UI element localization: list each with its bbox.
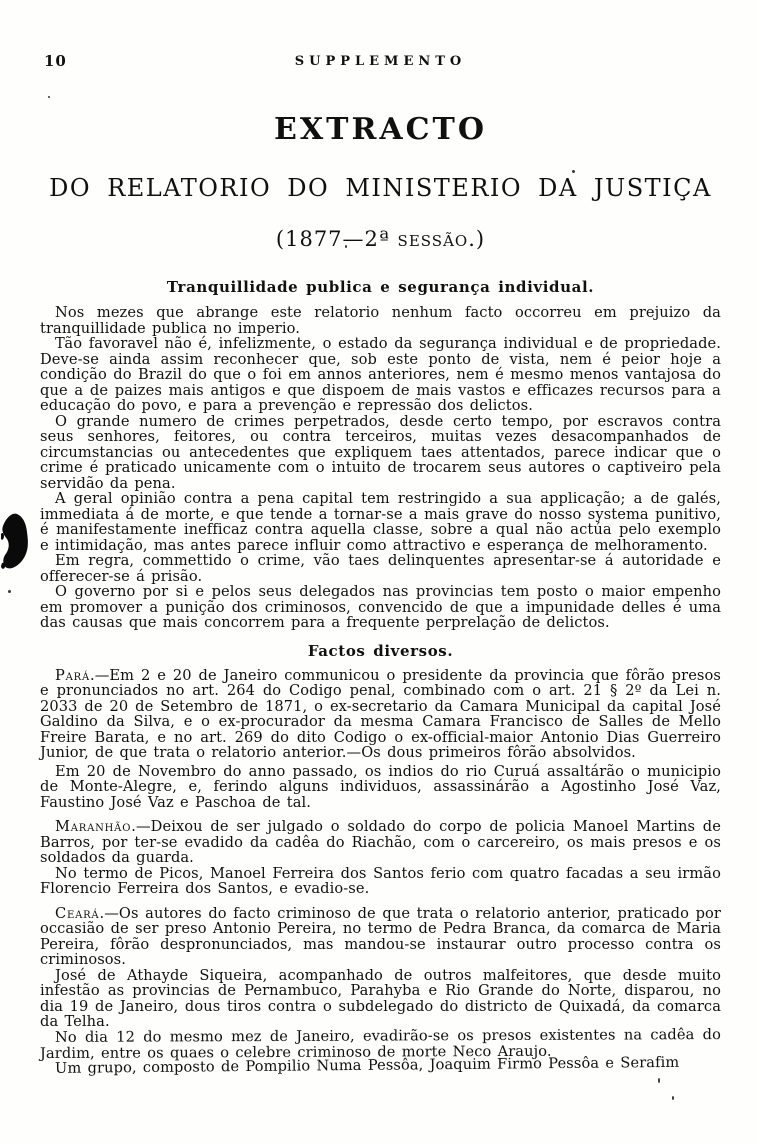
paragraph: Em regra, commettido o crime, vão taes d…	[40, 553, 721, 584]
province-lead-para: Pará	[55, 667, 90, 684]
paragraph-text: .—Deixou de ser julgado o soldado do cor…	[40, 818, 721, 866]
paragraph-ceara: Ceará.—Os autores do facto criminoso de …	[40, 906, 721, 968]
scan-speck	[658, 1078, 660, 1083]
paragraph-para: Pará.—Em 2 e 20 de Janeiro communicou o …	[40, 668, 721, 761]
session-line: (1877—2ª sessão.)	[40, 227, 721, 251]
province-lead-maranhao: Maranhão	[55, 818, 131, 835]
title-block: EXTRACTO DO RELATORIO DO MINISTERIO DA J…	[40, 112, 721, 251]
paragraph-text: .—Os autores do facto criminoso de que t…	[40, 905, 721, 969]
paragraph: No termo de Picos, Manoel Ferreira dos S…	[40, 866, 721, 897]
province-lead-ceara: Ceará	[55, 905, 99, 922]
paragraph: A geral opinião contra a pena capital te…	[40, 491, 721, 553]
section-heading: Tranquillidade publica e segurança indiv…	[40, 278, 721, 296]
page-number: 10	[44, 52, 67, 70]
paragraph: O grande numero de crimes perpetrados, d…	[40, 414, 721, 492]
paragraph: Em 20 de Novembro do anno passado, os in…	[40, 764, 721, 811]
paragraph-text: .—Em 2 e 20 de Janeiro communicou o pres…	[40, 667, 721, 762]
paragraph: José de Athayde Siqueira, acompanhado de…	[40, 968, 721, 1030]
running-header: 10 SUPPLEMENTO	[40, 0, 721, 72]
scan-speck	[672, 1096, 674, 1100]
paragraph-maranhao: Maranhão.—Deixou de ser julgado o soldad…	[40, 819, 721, 866]
running-header-title: SUPPLEMENTO	[40, 54, 721, 69]
ink-blot	[0, 508, 30, 588]
section-tranquillidade: Tranquillidade publica e segurança indiv…	[40, 278, 721, 631]
scan-speck	[8, 590, 11, 593]
text-column: 10 SUPPLEMENTO EXTRACTO DO RELATORIO DO …	[40, 0, 721, 1076]
section-factos-diversos: Factos diversos. Pará.—Em 2 e 20 de Jane…	[40, 642, 721, 1077]
paragraph: Tão favoravel não é, infelizmente, o est…	[40, 336, 721, 414]
scanned-document-page: 10 SUPPLEMENTO EXTRACTO DO RELATORIO DO …	[0, 0, 757, 1143]
section-heading: Factos diversos.	[40, 642, 721, 660]
document-title: EXTRACTO	[40, 112, 721, 147]
document-subtitle: DO RELATORIO DO MINISTERIO DA JUSTIÇA	[40, 174, 721, 202]
paragraph: Nos mezes que abrange este relatorio nen…	[40, 305, 721, 336]
paragraph: O governo por si e pelos seus delegados …	[40, 584, 721, 631]
